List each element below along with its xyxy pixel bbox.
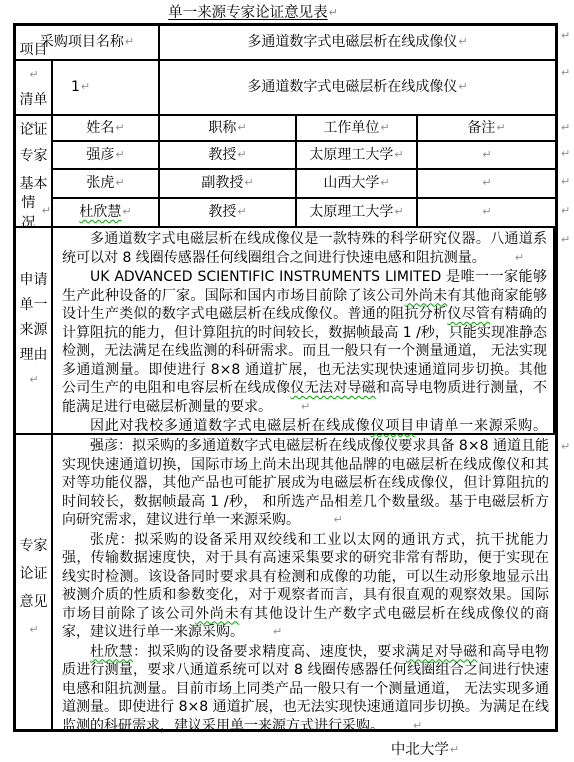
paragraph-mark-icon: ↵ [245, 623, 282, 642]
spellcheck-underline: 杜欣慧 [79, 203, 121, 222]
row-end-mark-icon: ↵ [561, 29, 570, 42]
spellcheck-underline: 外尚未 [195, 606, 239, 622]
reason-section-label-cell: 申请 单一 来源 理由↵ [16, 228, 53, 435]
opinion-paragraph: 张虎：拟采购的设备采用双绞线和工业以太网的通讯方式，抗干扰能力强，传输数据速度快… [62, 531, 549, 643]
paragraph-mark-icon: ↵ [125, 32, 134, 51]
spellcheck-underline: 满足对导磁 [406, 644, 478, 660]
expert-title-cell: 教授↵ [160, 142, 297, 170]
opinion-paragraph: 杜欣慧：拟采购的设备要求精度高、速度快，要求满足对导磁和高导电物质进行测量，要求… [62, 643, 549, 737]
expert-org-cell: 太原理工大学↵ [297, 142, 418, 170]
expert-org-cell: 山西大学↵ [297, 170, 418, 199]
paragraph-mark-icon: ↵ [482, 173, 491, 192]
paragraph-mark-icon: ↵ [329, 4, 338, 22]
paragraph-mark-icon: ↵ [482, 145, 491, 164]
paragraph-mark-icon: ↵ [29, 62, 38, 87]
row-end-marks: ↵↵↵↵↵↵↵↵ [561, 26, 573, 729]
row-end-mark-icon: ↵ [561, 147, 570, 160]
paragraph-mark-icon: ↵ [29, 367, 38, 392]
document-title-text: 单一来源专家论证意见表 [168, 5, 328, 21]
paragraph-mark-icon: ↵ [380, 173, 389, 192]
opinion-paragraph: 强彦：拟采购的多通道数字式电磁层析在线成像仪要求具备 8×8 通道且能实现快速通… [62, 437, 549, 531]
paragraph-mark-icon: ↵ [450, 743, 459, 756]
reason-paragraph: 多通道数字式电磁层析在线成像仪是一款特殊的科学研究仪器。八通道系统可以对 8 线… [62, 230, 547, 268]
paragraph-mark-icon: ↵ [115, 118, 124, 137]
paragraph-mark-icon: ↵ [487, 249, 524, 268]
single-source-form-table: 采购项目名称↵ 多通道数字式电磁层析在线成像仪 ↵ 项目↵ 清单↵ 1↵ 多通道… [13, 23, 558, 732]
experts-label-line: 专家 [16, 141, 51, 168]
experts-label-line: 论证 [16, 116, 51, 141]
paragraph-mark-icon: ↵ [29, 616, 38, 644]
expert-name-cell: 张虎↵ [53, 170, 160, 199]
paragraph-mark-icon: ↵ [237, 202, 246, 221]
experts-label-line: 情况↵ [16, 197, 51, 226]
row-end-mark-icon: ↵ [561, 204, 570, 217]
row-end-mark-icon: ↵ [561, 66, 570, 79]
footer-organization: 中北大学↵ [340, 738, 510, 759]
opinion-label-line: 专家 [20, 532, 48, 560]
spellcheck-underline: 外尚未 [405, 288, 448, 304]
document-title: 单一来源专家论证意见表↵ [13, 4, 493, 23]
spellcheck-underline: 仪无法对导磁 [290, 380, 376, 396]
opinion-label-line: 意见↵ [16, 588, 51, 645]
paragraph-mark-icon: ↵ [81, 77, 90, 96]
expert-note-cell: ↵ [418, 170, 555, 199]
paragraph-mark-icon: ↵ [244, 173, 253, 192]
reason-label-line: 理由↵ [16, 343, 51, 393]
project-list-label-line: 项目↵ [16, 38, 51, 88]
column-header-note: 备注↵ [418, 116, 555, 142]
expert-org-cell: 太原理工大学↵ [297, 199, 418, 228]
opinion-section-body-cell: 强彦：拟采购的多通道数字式电磁层析在线成像仪要求具备 8×8 通道且能实现快速通… [53, 435, 555, 729]
reason-label-line: 申请 [20, 268, 48, 293]
spellcheck-underline: 仪尽管 [447, 306, 490, 322]
paragraph-mark-icon: ↵ [237, 118, 246, 137]
opinion-section-label-cell: 专家 论证 意见↵ [16, 435, 53, 729]
spellcheck-underline: 仪项目 [371, 418, 415, 434]
spellcheck-underline: 杜欣慧 [90, 644, 133, 660]
paragraph-mark-icon: ↵ [380, 118, 389, 137]
row-end-mark-icon: ↵ [561, 440, 570, 453]
paragraph-mark-icon: ↵ [115, 173, 124, 192]
expert-name-cell: 杜欣慧↵ [53, 199, 160, 228]
paragraph-mark-icon: ↵ [394, 202, 403, 221]
paragraph-mark-icon: ↵ [385, 717, 422, 736]
paragraph-mark-icon: ↵ [273, 398, 310, 417]
reason-section-body-cell: 多通道数字式电磁层析在线成像仪是一款特殊的科学研究仪器。八通道系统可以对 8 线… [53, 228, 555, 435]
row-end-mark-icon: ↵ [561, 121, 570, 134]
reason-label-line: 单一 [20, 293, 48, 318]
expert-note-cell: ↵ [418, 199, 555, 228]
paragraph-mark-icon: ↵ [115, 145, 124, 164]
row-end-mark-icon: ↵ [561, 233, 570, 246]
project-item-value-cell: 多通道数字式电磁层析在线成像仪↵ [160, 61, 555, 116]
experts-section-label-cell: 论证 专家 基本 情况↵ [16, 116, 53, 228]
paragraph-mark-icon: ↵ [394, 145, 403, 164]
opinion-label-line: 论证 [20, 560, 48, 588]
reason-label-line: 来源 [20, 318, 48, 343]
expert-name-cell: 强彦↵ [53, 142, 160, 170]
paragraph-mark-icon: ↵ [458, 77, 467, 96]
expert-title-cell: 教授↵ [160, 199, 297, 228]
paragraph-mark-icon: ↵ [122, 202, 131, 221]
column-header-workunit: 工作单位↵ [297, 116, 418, 142]
paragraph-mark-icon: ↵ [237, 145, 246, 164]
reason-paragraph: UK ADVANCED SCIENTIFIC INSTRUMENTS LIMIT… [62, 268, 547, 417]
project-index-cell: 1↵ [53, 61, 160, 116]
expert-title-cell: 副教授↵ [160, 170, 297, 199]
document-page: { "page": { "title": "单一来源专家论证意见表" }, "t… [0, 0, 574, 762]
paragraph-mark-icon: ↵ [305, 511, 342, 530]
paragraph-mark-icon: ↵ [496, 118, 505, 137]
column-header-title: 职称↵ [160, 116, 297, 142]
expert-note-cell: ↵ [418, 142, 555, 170]
paragraph-mark-icon: ↵ [42, 204, 51, 217]
column-header-name: 姓名↵ [53, 116, 160, 142]
paragraph-mark-icon: ↵ [458, 32, 467, 51]
procurement-name-value-cell: 多通道数字式电磁层析在线成像仪 ↵ [160, 26, 555, 61]
row-end-mark-icon: ↵ [561, 175, 570, 188]
paragraph-mark-icon: ↵ [482, 202, 491, 221]
project-list-label-cell: 项目↵ 清单↵ [16, 61, 53, 116]
